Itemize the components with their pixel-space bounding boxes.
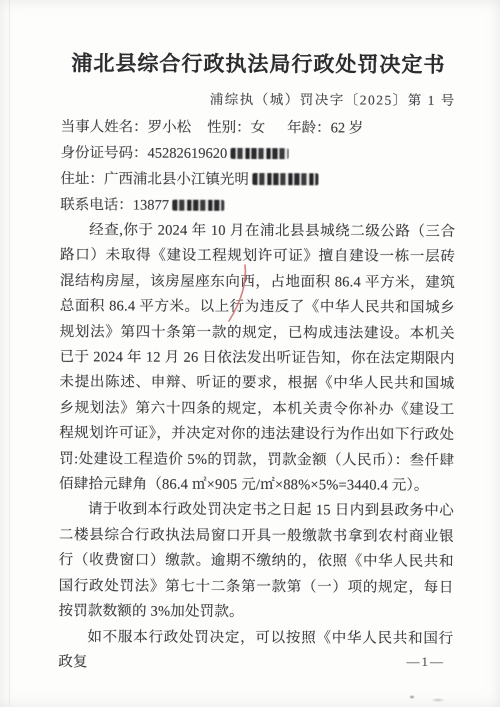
document-title: 浦北县综合行政执法局行政处罚决定书 [61, 51, 456, 79]
party-info-section: 当事人姓名：罗小松性别：女年龄：62 岁 身份证号码：45282619620 住… [60, 114, 455, 220]
paragraph-findings-and-penalty: 经查,你于 2024 年 10 月在浦北县县城绕二级公路（三合路口）未取得《建设… [59, 218, 455, 499]
id-value-visible: 45282619620 [147, 146, 227, 162]
redaction-mark [252, 173, 318, 185]
document-content: 浦北县综合行政执法局行政处罚决定书 浦综执（城）罚决字〔2025〕第 1 号 当… [0, 0, 500, 677]
address-label: 住址： [60, 171, 104, 187]
phone-line: 联系电话：13877 [60, 192, 455, 220]
party-name-value: 罗小松 [148, 120, 192, 136]
gender-label: 性别： [207, 120, 251, 136]
paragraph-appeal-rights: 如不服本行政处罚决定，可以按照《中华人民共和国行政复 [58, 625, 453, 678]
address-line: 住址：广西浦北县小江镇光明 [60, 166, 455, 194]
redaction-mark [172, 200, 224, 211]
paragraph-payment-instructions: 请于收到本行政处罚决定书之日起 15 日内到县政务中心二楼县综合行政执法局窗口开… [58, 498, 454, 627]
page-number: —1— [407, 654, 446, 670]
decision-body: 经查,你于 2024 年 10 月在浦北县县城绕二级公路（三合路口）未取得《建设… [58, 218, 455, 677]
id-number-line: 身份证号码：45282619620 [60, 140, 455, 168]
party-name-label: 当事人姓名： [61, 119, 148, 135]
redaction-mark [230, 148, 288, 159]
phone-label: 联系电话： [60, 197, 133, 213]
age-label: 年龄： [287, 120, 331, 136]
age-value: 62 岁 [331, 120, 364, 136]
doc-number: 浦综执（城）罚决字〔2025〕第 1 号 [61, 89, 456, 111]
id-label: 身份证号码： [60, 145, 147, 161]
document-page: 浦北县综合行政执法局行政处罚决定书 浦综执（城）罚决字〔2025〕第 1 号 当… [0, 0, 500, 707]
address-value-visible: 广西浦北县小江镇光明 [104, 171, 249, 188]
phone-value-visible: 13877 [133, 197, 169, 213]
gender-value: 女 [251, 120, 266, 136]
scan-smudge [404, 695, 448, 702]
party-name-line: 当事人姓名：罗小松性别：女年龄：62 岁 [61, 114, 456, 142]
